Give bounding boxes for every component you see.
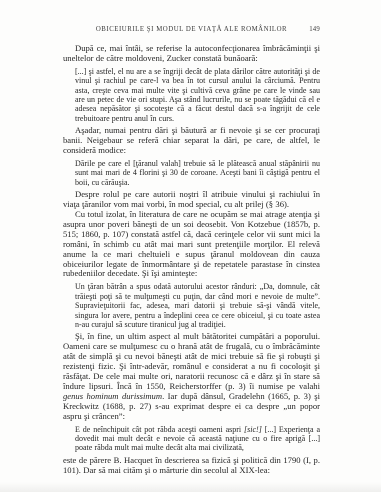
page-number: 149 (309, 26, 320, 33)
paragraph-hacquet-attribution: este de părere B. Hacquet în descrierea … (63, 456, 320, 476)
blockquote-kotzebue-taran: Un ţăran bătrân a spus odată autorului a… (75, 282, 320, 329)
paragraph-cumpatare: Şi, în fine, un ultim aspect al mult băt… (63, 332, 320, 421)
scanned-book-page: OBICEIURILE ŞI MODUL DE VIAŢĂ ALE ROMÂNI… (0, 0, 381, 492)
blockquote-hacquet: E de neînchipuit cât pot răbda aceşti oa… (75, 425, 320, 453)
paragraph-cumpatare-text: Şi, în fine, un ultim aspect al mult băt… (63, 331, 320, 391)
latin-phrase-italic: genus hominum durissimum (63, 391, 162, 401)
blockquote-hacquet-text: E de neînchipuit cât pot răbda aceşti oa… (75, 425, 244, 434)
blockquote-neigebaur-dari: Dările pe care el [ţăranul valah] trebui… (75, 159, 320, 187)
sic-marker-italic: [sic!] (244, 425, 262, 434)
blockquote-zucker: [...] şi astfel, el nu are a se îngriji … (75, 67, 320, 123)
running-title: OBICEIURILE ŞI MODUL DE VIAŢĂ ALE ROMÂNI… (96, 26, 287, 33)
paragraph-kotzebue: Cu totul izolat, în literatura de care n… (63, 210, 320, 279)
running-head: OBICEIURILE ŞI MODUL DE VIAŢĂ ALE ROMÂNI… (63, 26, 320, 35)
scan-edge-shadow (0, 482, 381, 492)
paragraph-despre-rolul: Despre rolul pe care autorii noştri îl a… (63, 190, 320, 210)
paragraph-neigebaur: Aşadar, numai pentru dări şi băutură ar … (63, 126, 320, 156)
text-block: OBICEIURILE ŞI MODUL DE VIAŢĂ ALE ROMÂNI… (63, 26, 320, 476)
paragraph-intro-zucker: După ce, mai întâi, se referise la autoc… (63, 44, 320, 64)
